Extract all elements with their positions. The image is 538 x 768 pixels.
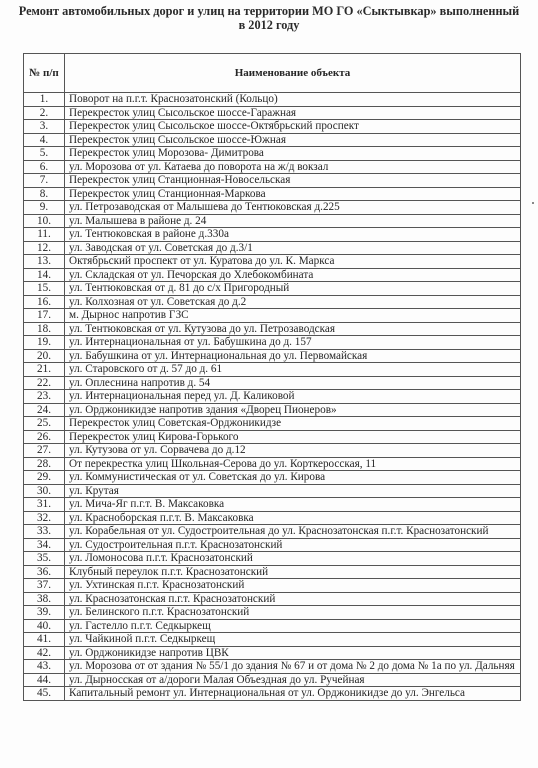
object-name: ул. Тентюковская в районе д.330а xyxy=(65,228,521,242)
row-number: 20. xyxy=(24,349,65,363)
column-header-number: № п/п xyxy=(24,54,65,93)
table-row: 43.ул. Морозова от от здания № 55/1 до з… xyxy=(24,660,521,674)
table-row: 44.ул. Дырносская от а/дороги Малая Объе… xyxy=(24,673,521,687)
table-row: 14.ул. Складская от ул. Печорская до Хле… xyxy=(24,268,521,282)
table-row: 32.ул. Красноборская п.г.т. В. Максаковк… xyxy=(24,511,521,525)
row-number: 6. xyxy=(24,160,65,174)
object-name: Поворот на п.г.т. Краснозатонский (Кольц… xyxy=(65,93,521,107)
title-line-1: Ремонт автомобильных дорог и улиц на тер… xyxy=(19,4,520,18)
row-number: 9. xyxy=(24,201,65,215)
object-name: Перекресток улиц Кирова-Горького xyxy=(65,430,521,444)
table-row: 27.ул. Кутузова от ул. Сорвачева до д.12 xyxy=(24,444,521,458)
row-number: 43. xyxy=(24,660,65,674)
road-repair-table: № п/п Наименование объекта 1.Поворот на … xyxy=(23,53,521,701)
row-number: 28. xyxy=(24,457,65,471)
object-name: ул. Чайкиной п.г.т. Седкыркещ xyxy=(65,633,521,647)
table-row: 4.Перекресток улиц Сысольское шоссе-Южна… xyxy=(24,133,521,147)
row-number: 10. xyxy=(24,214,65,228)
row-number: 36. xyxy=(24,565,65,579)
table-row: 2.Перекресток улиц Сысольское шоссе-Гара… xyxy=(24,106,521,120)
table-row: 1.Поворот на п.г.т. Краснозатонский (Кол… xyxy=(24,93,521,107)
object-name: ул. Заводская от ул. Советская до д.3/1 xyxy=(65,241,521,255)
row-number: 41. xyxy=(24,633,65,647)
object-name: ул. Дырносская от а/дороги Малая Объездн… xyxy=(65,673,521,687)
table-row: 22.ул. Оплеснина напротив д. 54 xyxy=(24,376,521,390)
object-name: Перекресток улиц Сысольское шоссе-Октябр… xyxy=(65,120,521,134)
row-number: 35. xyxy=(24,552,65,566)
object-name: ул. Морозова от от здания № 55/1 до здан… xyxy=(65,660,521,674)
row-number: 21. xyxy=(24,363,65,377)
object-name: ул. Малышева в районе д. 24 xyxy=(65,214,521,228)
table-row: 7.Перекресток улиц Станционная-Новосельс… xyxy=(24,174,521,188)
row-number: 7. xyxy=(24,174,65,188)
row-number: 23. xyxy=(24,390,65,404)
table-row: 36.Клубный переулок п.г.т. Краснозатонск… xyxy=(24,565,521,579)
object-name: ул. Крутая xyxy=(65,484,521,498)
document-title: Ремонт автомобильных дорог и улиц на тер… xyxy=(0,4,538,32)
table-row: 11.ул. Тентюковская в районе д.330а xyxy=(24,228,521,242)
object-name: ул. Морозова от ул. Катаева до поворота … xyxy=(65,160,521,174)
table-row: 20.ул. Бабушкина от ул. Интернациональна… xyxy=(24,349,521,363)
table-body: 1.Поворот на п.г.т. Краснозатонский (Кол… xyxy=(24,93,521,701)
row-number: 8. xyxy=(24,187,65,201)
row-number: 19. xyxy=(24,336,65,350)
row-number: 38. xyxy=(24,592,65,606)
table-row: 10.ул. Малышева в районе д. 24 xyxy=(24,214,521,228)
object-name: ул. Бабушкина от ул. Интернациональная д… xyxy=(65,349,521,363)
object-name: ул. Интернациональная от ул. Бабушкина д… xyxy=(65,336,521,350)
table-row: 33.ул. Корабельная от ул. Судостроительн… xyxy=(24,525,521,539)
row-number: 3. xyxy=(24,120,65,134)
table-row: 5.Перекресток улиц Морозова- Димитрова xyxy=(24,147,521,161)
object-name: м. Дырнос напротив ГЗС xyxy=(65,309,521,323)
row-number: 25. xyxy=(24,417,65,431)
object-name: ул. Интернациональная перед ул. Д. Калик… xyxy=(65,390,521,404)
object-name: ул. Белинского п.г.т. Краснозатонский xyxy=(65,606,521,620)
object-name: ул. Тентюковская от д. 81 до с/х Пригоро… xyxy=(65,282,521,296)
row-number: 11. xyxy=(24,228,65,242)
object-name: Перекресток улиц Сысольское шоссе-Южная xyxy=(65,133,521,147)
table-row: 38.ул. Краснозатонская п.г.т. Краснозато… xyxy=(24,592,521,606)
object-name: Перекресток улиц Советская-Орджоникидзе xyxy=(65,417,521,431)
row-number: 40. xyxy=(24,619,65,633)
row-number: 5. xyxy=(24,147,65,161)
row-number: 34. xyxy=(24,538,65,552)
row-number: 16. xyxy=(24,295,65,309)
row-number: 22. xyxy=(24,376,65,390)
row-number: 13. xyxy=(24,255,65,269)
object-name: ул. Корабельная от ул. Судостроительная … xyxy=(65,525,521,539)
object-name: Перекресток улиц Сысольское шоссе-Гаражн… xyxy=(65,106,521,120)
table-row: 41.ул. Чайкиной п.г.т. Седкыркещ xyxy=(24,633,521,647)
table-row: 30.ул. Крутая xyxy=(24,484,521,498)
table-row: 40.ул. Гастелло п.г.т. Седкыркещ xyxy=(24,619,521,633)
row-number: 26. xyxy=(24,430,65,444)
row-number: 32. xyxy=(24,511,65,525)
table-row: 23.ул. Интернациональная перед ул. Д. Ка… xyxy=(24,390,521,404)
row-number: 2. xyxy=(24,106,65,120)
table-row: 13.Октябрьский проспект от ул. Куратова … xyxy=(24,255,521,269)
object-name: ул. Кутузова от ул. Сорвачева до д.12 xyxy=(65,444,521,458)
row-number: 42. xyxy=(24,646,65,660)
object-name: Клубный переулок п.г.т. Краснозатонский xyxy=(65,565,521,579)
object-name: ул. Ломоносова п.г.т. Краснозатонский xyxy=(65,552,521,566)
object-name: Капитальный ремонт ул. Интернациональная… xyxy=(65,687,521,701)
row-number: 27. xyxy=(24,444,65,458)
table-row: 35.ул. Ломоносова п.г.т. Краснозатонский xyxy=(24,552,521,566)
table-row: 6.ул. Морозова от ул. Катаева до поворот… xyxy=(24,160,521,174)
object-name: ул. Орджоникидзе напротив ЦВК xyxy=(65,646,521,660)
object-name: ул. Ухтинская п.г.т. Краснозатонский xyxy=(65,579,521,593)
table-row: 9.ул. Петрозаводская от Малышева до Тент… xyxy=(24,201,521,215)
title-line-2: в 2012 году xyxy=(0,18,538,32)
object-name: Октябрьский проспект от ул. Куратова до … xyxy=(65,255,521,269)
row-number: 18. xyxy=(24,322,65,336)
object-name: ул. Петрозаводская от Малышева до Тентюк… xyxy=(65,201,521,215)
row-number: 39. xyxy=(24,606,65,620)
object-name: От перекрестка улиц Школьная-Серова до у… xyxy=(65,457,521,471)
table-row: 15.ул. Тентюковская от д. 81 до с/х Приг… xyxy=(24,282,521,296)
object-name: ул. Красноборская п.г.т. В. Максаковка xyxy=(65,511,521,525)
object-name: ул. Мича-Яг п.г.т. В. Максаковка xyxy=(65,498,521,512)
row-number: 4. xyxy=(24,133,65,147)
table-row: 34.ул. Судостроительная п.г.т. Краснозат… xyxy=(24,538,521,552)
object-name: Перекресток улиц Станционная-Новосельска… xyxy=(65,174,521,188)
object-name: ул. Старовского от д. 57 до д. 61 xyxy=(65,363,521,377)
object-name: ул. Тентюковская от ул. Кутузова до ул. … xyxy=(65,322,521,336)
row-number: 31. xyxy=(24,498,65,512)
object-name: ул. Коммунистическая от ул. Советская до… xyxy=(65,471,521,485)
table-header-row: № п/п Наименование объекта xyxy=(24,54,521,93)
object-name: Перекресток улиц Станционная-Маркова xyxy=(65,187,521,201)
table-row: 12.ул. Заводская от ул. Советская до д.3… xyxy=(24,241,521,255)
table-row: 8.Перекресток улиц Станционная-Маркова xyxy=(24,187,521,201)
row-number: 29. xyxy=(24,471,65,485)
table-row: 37.ул. Ухтинская п.г.т. Краснозатонский xyxy=(24,579,521,593)
table-row: 21.ул. Старовского от д. 57 до д. 61 xyxy=(24,363,521,377)
row-number: 45. xyxy=(24,687,65,701)
table-row: 31.ул. Мича-Яг п.г.т. В. Максаковка xyxy=(24,498,521,512)
table-row: 26.Перекресток улиц Кирова-Горького xyxy=(24,430,521,444)
table-row: 17.м. Дырнос напротив ГЗС xyxy=(24,309,521,323)
column-header-object-name: Наименование объекта xyxy=(65,54,521,93)
row-number: 1. xyxy=(24,93,65,107)
table-row: 19.ул. Интернациональная от ул. Бабушкин… xyxy=(24,336,521,350)
row-number: 33. xyxy=(24,525,65,539)
object-name: ул. Складская от ул. Печорская до Хлебок… xyxy=(65,268,521,282)
table-row: 3.Перекресток улиц Сысольское шоссе-Октя… xyxy=(24,120,521,134)
object-name: ул. Орджоникидзе напротив здания «Дворец… xyxy=(65,403,521,417)
table-row: 39.ул. Белинского п.г.т. Краснозатонский xyxy=(24,606,521,620)
scan-speck xyxy=(532,202,534,204)
table-row: 18.ул. Тентюковская от ул. Кутузова до у… xyxy=(24,322,521,336)
table-row: 28.От перекрестка улиц Школьная-Серова д… xyxy=(24,457,521,471)
row-number: 14. xyxy=(24,268,65,282)
row-number: 30. xyxy=(24,484,65,498)
row-number: 15. xyxy=(24,282,65,296)
table-row: 29.ул. Коммунистическая от ул. Советская… xyxy=(24,471,521,485)
object-name: ул. Колхозная от ул. Советская до д.2 xyxy=(65,295,521,309)
row-number: 44. xyxy=(24,673,65,687)
table-row: 45.Капитальный ремонт ул. Интернациональ… xyxy=(24,687,521,701)
row-number: 24. xyxy=(24,403,65,417)
row-number: 37. xyxy=(24,579,65,593)
object-name: ул. Судостроительная п.г.т. Краснозатонс… xyxy=(65,538,521,552)
table-row: 24.ул. Орджоникидзе напротив здания «Дво… xyxy=(24,403,521,417)
table-row: 25.Перекресток улиц Советская-Орджоникид… xyxy=(24,417,521,431)
table-row: 42.ул. Орджоникидзе напротив ЦВК xyxy=(24,646,521,660)
object-name: ул. Краснозатонская п.г.т. Краснозатонск… xyxy=(65,592,521,606)
row-number: 17. xyxy=(24,309,65,323)
object-name: ул. Оплеснина напротив д. 54 xyxy=(65,376,521,390)
table-row: 16.ул. Колхозная от ул. Советская до д.2 xyxy=(24,295,521,309)
row-number: 12. xyxy=(24,241,65,255)
object-name: Перекресток улиц Морозова- Димитрова xyxy=(65,147,521,161)
object-name: ул. Гастелло п.г.т. Седкыркещ xyxy=(65,619,521,633)
